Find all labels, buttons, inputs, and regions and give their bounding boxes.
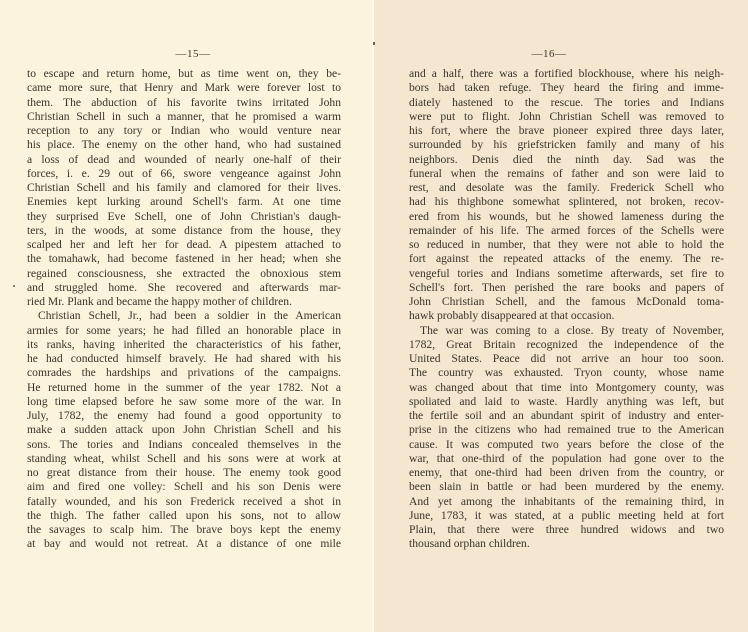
- left-page-text: to escape and return home, but as time w…: [27, 67, 341, 552]
- text-line: forces, i. e. 29 out of 66, swore vengea…: [27, 167, 341, 181]
- text-line: long time elapsed before he saw some mor…: [27, 395, 341, 409]
- text-line: surrounded by his griefstricken family a…: [409, 138, 724, 152]
- paragraph-end-line: hawk probably disappeared at that occasi…: [409, 309, 724, 323]
- text-line: Plain, that there were three hundred wid…: [409, 523, 724, 537]
- text-line: regained consciousness, she extracted th…: [27, 267, 341, 281]
- text-line: June, 1783, it was stated, at a public m…: [409, 509, 724, 523]
- text-line: Christian Schell and his family and clam…: [27, 181, 341, 195]
- text-line: the fertile soil and an abundant spirit …: [409, 409, 724, 423]
- text-line: He returned home in the summer of the ye…: [27, 381, 341, 395]
- text-line: cause. It was computed two years before …: [409, 438, 724, 452]
- text-line: comrades the hardships and privations of…: [27, 366, 341, 380]
- text-line: no great distance from their house. The …: [27, 466, 341, 480]
- text-line: Schell's fort. Then perished the rare bo…: [409, 281, 724, 295]
- text-line: and a half, there was a fortified blockh…: [409, 67, 724, 81]
- text-line: his fort, where the brave pioneer expire…: [409, 124, 724, 138]
- text-line: diately hastened to the rescue. The tori…: [409, 96, 724, 110]
- text-line: prise in the citizens who had remained t…: [409, 423, 724, 437]
- text-line: Christian Schell in such a manner, that …: [27, 110, 341, 124]
- text-line: scalped her and left her for dead. A pip…: [27, 238, 341, 252]
- text-line: ered from his wounds, but he showed lame…: [409, 210, 724, 224]
- text-line: reception to any tory or Indian who woul…: [27, 124, 341, 138]
- page-number-left: —15—: [0, 48, 372, 60]
- text-line: armies for some years; he had filled an …: [27, 324, 341, 338]
- paragraph-start-line: The war was coming to a close. By treaty…: [409, 324, 724, 338]
- text-line: aim and fired one volley: Schell and his…: [27, 480, 341, 494]
- paragraph-end-line: thousand orphan children.: [409, 537, 724, 551]
- text-line: bors had taken refuge. They heard the fi…: [409, 81, 724, 95]
- text-line: them. The abduction of his favorite twin…: [27, 96, 341, 110]
- text-line: fatally wounded, and his son Frederick r…: [27, 495, 341, 509]
- text-line: they surprised Eve Schell, one of John C…: [27, 210, 341, 224]
- text-line: the savages to scalp him. The brave boys…: [27, 523, 341, 537]
- text-line: And yet among the inhabitants of the rem…: [409, 495, 724, 509]
- text-line: United States. Peace did not arrive an h…: [409, 352, 724, 366]
- text-line: his place. The enemy on the other hand, …: [27, 138, 341, 152]
- text-line: came more sure, that Henry and Mark were…: [27, 81, 341, 95]
- text-line: neighbors. Denis died the ninth day. Sad…: [409, 153, 724, 167]
- text-line: had his thighbone somewhat splintered, n…: [409, 195, 724, 209]
- text-line: he had conducted himself bravely. He had…: [27, 352, 341, 366]
- text-line: its ranks, having inherited the characte…: [27, 338, 341, 352]
- page-number-right: —16—: [374, 48, 748, 60]
- text-line: war, that one-third of the population ha…: [409, 452, 724, 466]
- text-line: Enemies kept lurking around Schell's far…: [27, 195, 341, 209]
- text-line: were put to flight. John Christian Schel…: [409, 110, 724, 124]
- text-line: ters, in the woods, at some distance fro…: [27, 224, 341, 238]
- text-line: 1782, Great Britain recognized the indep…: [409, 338, 724, 352]
- text-line: remainder of his life. The armed forces …: [409, 224, 724, 238]
- text-line: to escape and return home, but as time w…: [27, 67, 341, 81]
- text-line: was changed about that time into Montgom…: [409, 381, 724, 395]
- right-page-text: and a half, there was a fortified blockh…: [409, 67, 724, 552]
- right-page: —16— and a half, there was a fortified b…: [374, 0, 748, 632]
- text-line: been slain in battle or had been murdere…: [409, 480, 724, 494]
- text-line: sons. The tories and Indians concealed t…: [27, 438, 341, 452]
- text-line: the tomahawk, had become fastened in her…: [27, 252, 341, 266]
- text-line: a loss of dead and wounded of nearly one…: [27, 153, 341, 167]
- text-line: The country was exhausted. Tryon county,…: [409, 366, 724, 380]
- text-line: enemy, that one-third had been driven fr…: [409, 466, 724, 480]
- text-line: funeral when the remains of father and s…: [409, 167, 724, 181]
- binding-mark: [373, 42, 375, 45]
- text-line: and struggled home. She recovered and af…: [27, 281, 341, 295]
- text-line: vengeful tories and Indians sometime aft…: [409, 267, 724, 281]
- paragraph-start-line: Christian Schell, Jr., had been a soldie…: [27, 309, 341, 323]
- text-line: July, 1782, the enemy had found a good o…: [27, 409, 341, 423]
- text-line: so reduced in number, that they were not…: [409, 238, 724, 252]
- text-line: John Christian Schell, and the famous Mc…: [409, 295, 724, 309]
- text-line: spoliated and laid to waste. Hardly anyt…: [409, 395, 724, 409]
- text-line: at bay and would not retreat. At a dista…: [27, 537, 341, 551]
- book-spread: —15— to escape and return home, but as t…: [0, 0, 748, 632]
- text-line: fort against the repeated attacks of the…: [409, 252, 724, 266]
- stray-ink-mark: [13, 285, 15, 287]
- text-line: standing wheat, whilst Schell and his so…: [27, 452, 341, 466]
- text-line: make a sudden attack upon John Christian…: [27, 423, 341, 437]
- paragraph-end-line: ried Mr. Plank and became the happy moth…: [27, 295, 341, 309]
- text-line: rest, and desolate was the family. Frede…: [409, 181, 724, 195]
- left-page: —15— to escape and return home, but as t…: [0, 0, 372, 632]
- text-line: the thigh. The father called upon his so…: [27, 509, 341, 523]
